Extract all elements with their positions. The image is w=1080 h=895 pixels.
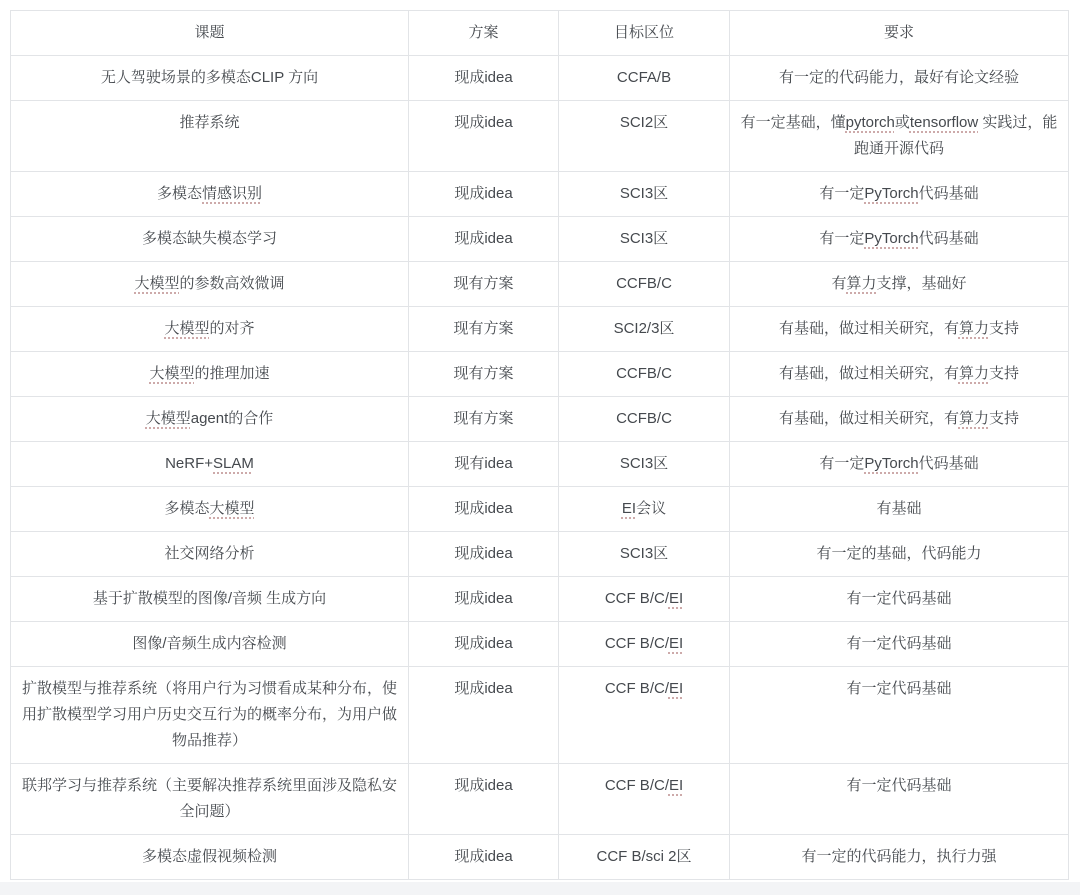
- table-row: 大模型的推理加速现有方案CCFB/C有基础，做过相关研究，有算力支持: [11, 352, 1069, 397]
- table-row: 大模型agent的合作现有方案CCFB/C有基础，做过相关研究，有算力支持: [11, 397, 1069, 442]
- cell-requirement: 有一定的代码能力，最好有论文经验: [730, 56, 1069, 101]
- spellcheck-underline: 算力: [846, 275, 876, 292]
- cell-topic: 基于扩散模型的图像/音频 生成方向: [11, 577, 409, 622]
- cell-requirement: 有一定基础，懂pytorch或tensorflow 实践过，能跑通开源代码: [730, 101, 1069, 172]
- spellcheck-underline: EI: [669, 777, 683, 794]
- cell-plan: 现有idea: [409, 442, 559, 487]
- cell-topic: 大模型agent的合作: [11, 397, 409, 442]
- table-row: 多模态情感识别现成ideaSCI3区有一定PyTorch代码基础: [11, 172, 1069, 217]
- table-row: NeRF+SLAM现有ideaSCI3区有一定PyTorch代码基础: [11, 442, 1069, 487]
- cell-plan: 现成idea: [409, 577, 559, 622]
- cell-target-venue: CCF B/C/EI: [559, 622, 730, 667]
- cell-plan: 现成idea: [409, 56, 559, 101]
- cell-topic: 图像/音频生成内容检测: [11, 622, 409, 667]
- cell-plan: 现成idea: [409, 764, 559, 835]
- cell-plan: 现成idea: [409, 101, 559, 172]
- cell-target-venue: CCF B/sci 2区: [559, 835, 730, 880]
- spellcheck-underline: 算力: [959, 320, 989, 337]
- cell-topic: 联邦学习与推荐系统（主要解决推荐系统里面涉及隐私安全问题）: [11, 764, 409, 835]
- spellcheck-underline: 大模型: [149, 365, 194, 382]
- cell-requirement: 有基础，做过相关研究，有算力支持: [730, 397, 1069, 442]
- cell-target-venue: SCI3区: [559, 532, 730, 577]
- cell-target-venue: CCFB/C: [559, 262, 730, 307]
- cell-target-venue: SCI2/3区: [559, 307, 730, 352]
- spellcheck-underline: EI: [669, 635, 683, 652]
- cell-requirement: 有基础，做过相关研究，有算力支持: [730, 352, 1069, 397]
- cell-plan: 现成idea: [409, 667, 559, 764]
- table-row: 多模态大模型现成ideaEI会议有基础: [11, 487, 1069, 532]
- spellcheck-underline: PyTorch: [864, 185, 918, 202]
- cell-requirement: 有基础: [730, 487, 1069, 532]
- cell-target-venue: CCFB/C: [559, 352, 730, 397]
- col-header-topic: 课题: [11, 11, 409, 56]
- table-row: 基于扩散模型的图像/音频 生成方向现成ideaCCF B/C/EI有一定代码基础: [11, 577, 1069, 622]
- cell-topic: 大模型的对齐: [11, 307, 409, 352]
- header-row: 课题 方案 目标区位 要求: [11, 11, 1069, 56]
- col-header-plan: 方案: [409, 11, 559, 56]
- cell-topic: 多模态虚假视频检测: [11, 835, 409, 880]
- cell-plan: 现成idea: [409, 487, 559, 532]
- cell-plan: 现有方案: [409, 397, 559, 442]
- cell-requirement: 有一定的基础，代码能力: [730, 532, 1069, 577]
- cell-requirement: 有一定的代码能力，执行力强: [730, 835, 1069, 880]
- cell-plan: 现成idea: [409, 172, 559, 217]
- spellcheck-underline: EI: [669, 680, 683, 697]
- cell-requirement: 有一定代码基础: [730, 622, 1069, 667]
- cell-topic: 社交网络分析: [11, 532, 409, 577]
- cell-topic: 扩散模型与推荐系统（将用户行为习惯看成某种分布，使用扩散模型学习用户历史交互行为…: [11, 667, 409, 764]
- col-header-requirement: 要求: [730, 11, 1069, 56]
- spellcheck-underline: PyTorch: [864, 455, 918, 472]
- cell-requirement: 有一定代码基础: [730, 667, 1069, 764]
- col-header-target-venue: 目标区位: [559, 11, 730, 56]
- table-row: 多模态缺失模态学习现成ideaSCI3区有一定PyTorch代码基础: [11, 217, 1069, 262]
- cell-requirement: 有一定PyTorch代码基础: [730, 442, 1069, 487]
- cell-requirement: 有基础，做过相关研究，有算力支持: [730, 307, 1069, 352]
- cell-plan: 现成idea: [409, 622, 559, 667]
- cell-target-venue: EI会议: [559, 487, 730, 532]
- spellcheck-underline: 算力: [959, 410, 989, 427]
- table-row: 图像/音频生成内容检测现成ideaCCF B/C/EI有一定代码基础: [11, 622, 1069, 667]
- cell-topic: 推荐系统: [11, 101, 409, 172]
- cell-topic: NeRF+SLAM: [11, 442, 409, 487]
- cell-topic: 无人驾驶场景的多模态CLIP 方向: [11, 56, 409, 101]
- spellcheck-underline: 大模型: [210, 500, 255, 517]
- table-body: 无人驾驶场景的多模态CLIP 方向现成ideaCCFA/B有一定的代码能力，最好…: [11, 56, 1069, 880]
- spellcheck-underline: PyTorch: [864, 230, 918, 247]
- table-row: 大模型的对齐现有方案SCI2/3区有基础，做过相关研究，有算力支持: [11, 307, 1069, 352]
- cell-target-venue: CCFB/C: [559, 397, 730, 442]
- cell-plan: 现成idea: [409, 835, 559, 880]
- cell-requirement: 有一定代码基础: [730, 764, 1069, 835]
- cell-topic: 多模态大模型: [11, 487, 409, 532]
- spellcheck-underline: EI: [622, 500, 636, 517]
- cell-topic: 大模型的推理加速: [11, 352, 409, 397]
- cell-target-venue: SCI3区: [559, 442, 730, 487]
- cell-plan: 现有方案: [409, 352, 559, 397]
- cell-topic: 多模态情感识别: [11, 172, 409, 217]
- spellcheck-underline: 情感识别: [202, 185, 262, 202]
- cell-target-venue: CCFA/B: [559, 56, 730, 101]
- cell-topic: 多模态缺失模态学习: [11, 217, 409, 262]
- table-row: 扩散模型与推荐系统（将用户行为习惯看成某种分布，使用扩散模型学习用户历史交互行为…: [11, 667, 1069, 764]
- table-row: 无人驾驶场景的多模态CLIP 方向现成ideaCCFA/B有一定的代码能力，最好…: [11, 56, 1069, 101]
- research-topics-table: 课题 方案 目标区位 要求 无人驾驶场景的多模态CLIP 方向现成ideaCCF…: [10, 10, 1069, 880]
- cell-target-venue: CCF B/C/EI: [559, 577, 730, 622]
- cell-target-venue: CCF B/C/EI: [559, 667, 730, 764]
- cell-target-venue: SCI2区: [559, 101, 730, 172]
- cell-target-venue: CCF B/C/EI: [559, 764, 730, 835]
- spellcheck-underline: EI: [669, 590, 683, 607]
- cell-plan: 现成idea: [409, 532, 559, 577]
- spellcheck-underline: tensorflow: [910, 114, 978, 131]
- spellcheck-underline: 大模型: [146, 410, 191, 427]
- cell-requirement: 有一定代码基础: [730, 577, 1069, 622]
- cell-plan: 现成idea: [409, 217, 559, 262]
- spellcheck-underline: SLAM: [213, 455, 254, 472]
- cell-requirement: 有一定PyTorch代码基础: [730, 217, 1069, 262]
- bottom-strip: [0, 882, 1080, 895]
- spellcheck-underline: 算力: [959, 365, 989, 382]
- cell-target-venue: SCI3区: [559, 172, 730, 217]
- table-row: 大模型的参数高效微调现有方案CCFB/C有算力支撑，基础好: [11, 262, 1069, 307]
- table-row: 多模态虚假视频检测现成ideaCCF B/sci 2区有一定的代码能力，执行力强: [11, 835, 1069, 880]
- cell-requirement: 有一定PyTorch代码基础: [730, 172, 1069, 217]
- table-row: 社交网络分析现成ideaSCI3区有一定的基础，代码能力: [11, 532, 1069, 577]
- cell-topic: 大模型的参数高效微调: [11, 262, 409, 307]
- spellcheck-underline: 大模型: [164, 320, 209, 337]
- cell-plan: 现有方案: [409, 307, 559, 352]
- table-row: 联邦学习与推荐系统（主要解决推荐系统里面涉及隐私安全问题）现成ideaCCF B…: [11, 764, 1069, 835]
- spellcheck-underline: pytorch: [846, 114, 895, 131]
- spellcheck-underline: 大模型: [134, 275, 179, 292]
- table-row: 推荐系统现成ideaSCI2区有一定基础，懂pytorch或tensorflow…: [11, 101, 1069, 172]
- page: 课题 方案 目标区位 要求 无人驾驶场景的多模态CLIP 方向现成ideaCCF…: [0, 0, 1080, 895]
- cell-plan: 现有方案: [409, 262, 559, 307]
- cell-requirement: 有算力支撑，基础好: [730, 262, 1069, 307]
- cell-target-venue: SCI3区: [559, 217, 730, 262]
